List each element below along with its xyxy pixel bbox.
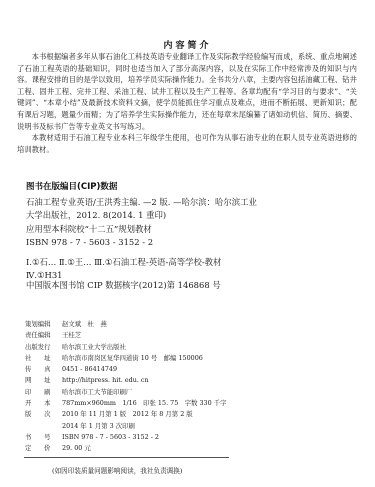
imprint-label: 定 价	[25, 443, 62, 454]
imprint-label: 责任编辑	[25, 330, 62, 341]
quality-notice: (如因印装质量问题影响阅读，我社负责调换)	[52, 465, 182, 475]
cip-title-line: 石油工程专业英语/王洪秀主编. —2 版. —哈尔滨：哈尔滨工业大学出版社，20…	[17, 196, 257, 223]
imprint-label: 策划编辑	[25, 319, 62, 330]
imprint-row-website: 网 址 http://hitpress. hit. edu. cn	[25, 375, 305, 386]
imprint-row-responsible-editor: 责任编辑 王桂芝	[25, 330, 305, 341]
cip-record: 石油工程专业英语/王洪秀主编. —2 版. —哈尔滨：哈尔滨工业大学出版社，20…	[17, 196, 257, 282]
imprint-row-fax: 传 真 0451 - 86414749	[25, 364, 305, 375]
imprint-label: 社 址	[25, 353, 62, 364]
imprint-value: 哈尔滨市工大节能印刷厂	[62, 387, 132, 398]
imprint-value: 2010 年 11 月第 1 版 2012 年 8 月第 2 版	[62, 409, 193, 420]
imprint-label: 印 刷	[25, 387, 62, 398]
imprint-row-isbn: 书 号 ISBN 978 - 7 - 5603 - 3152 - 2	[25, 432, 305, 443]
imprint-row-price: 定 价 29. 00 元	[25, 443, 305, 454]
imprint-label: 传 真	[25, 364, 62, 375]
summary-paragraph: 本书根据编者多年从事石油化工科技英语专业翻译工作及实际教学经验编写而成，系统、重…	[17, 51, 357, 132]
imprint-row-printing: 2014 年 1 月第 3 次印刷	[25, 421, 305, 432]
summary-text: 本书根据编者多年从事石油化工科技英语专业翻译工作及实际教学经验编写而成，系统、重…	[17, 51, 357, 155]
imprint-value: 哈尔滨工业大学出版社	[62, 342, 126, 353]
imprint-label: 开 本	[25, 398, 62, 409]
imprint-row-publisher: 出版发行 哈尔滨工业大学出版社	[25, 342, 305, 353]
imprint-label: 出版发行	[25, 342, 62, 353]
imprint-row-printer: 印 刷 哈尔滨市工大节能印刷厂	[25, 387, 305, 398]
imprint-value: 787mm×960mm 1/16 印张 15. 75 字数 330 千字	[62, 398, 226, 409]
imprint-row-planning-editor: 策划编辑 赵文斌 杜 燕	[25, 319, 305, 330]
imprint-row-address: 社 址 哈尔滨市南岗区复华四道街 10 号 邮编 150006	[25, 353, 305, 364]
imprint-block: 策划编辑 赵文斌 杜 燕 责任编辑 王桂芝 出版发行 哈尔滨工业大学出版社 社 …	[25, 319, 305, 455]
divider-line	[24, 457, 229, 458]
cip-isbn-line: ISBN 978 - 7 - 5603 - 3152 - 2	[17, 236, 257, 249]
imprint-value: 哈尔滨市南岗区复华四道街 10 号 邮编 150006	[62, 353, 203, 364]
imprint-row-format: 开 本 787mm×960mm 1/16 印张 15. 75 字数 330 千字	[25, 398, 305, 409]
imprint-label: 网 址	[25, 375, 62, 386]
imprint-value: 2014 年 1 月第 3 次印刷	[62, 421, 135, 432]
imprint-value: ISBN 978 - 7 - 5603 - 3152 - 2	[62, 432, 159, 443]
imprint-value: 29. 00 元	[62, 443, 91, 454]
imprint-website-link: http://hitpress. hit. edu. cn	[62, 375, 149, 386]
imprint-label: 书 号	[25, 432, 62, 443]
imprint-value: 王桂芝	[62, 330, 81, 341]
imprint-row-edition: 版 次 2010 年 11 月第 1 版 2012 年 8 月第 2 版	[25, 409, 305, 420]
summary-paragraph: 本教材适用于石油工程专业本科三年级学生使用，也可作为从事石油专业的在职人员专业英…	[17, 132, 357, 155]
cip-heading: 图书在版编目(CIP)数据	[26, 180, 117, 192]
cip-approval-number: 中国版本图书馆 CIP 数据核字(2012)第 146868 号	[26, 279, 221, 291]
imprint-label	[25, 421, 62, 432]
copyright-page: 内容简介 本书根据编者多年从事石油化工科技英语专业翻译工作及实际教学经验编写而成…	[0, 0, 375, 487]
cip-series-line: 应用型本科院校“十二五”规划教材	[17, 223, 257, 236]
imprint-label: 版 次	[25, 409, 62, 420]
summary-title: 内容简介	[0, 38, 375, 51]
imprint-value: 赵文斌 杜 燕	[62, 319, 107, 330]
imprint-value: 0451 - 86414749	[62, 364, 117, 375]
